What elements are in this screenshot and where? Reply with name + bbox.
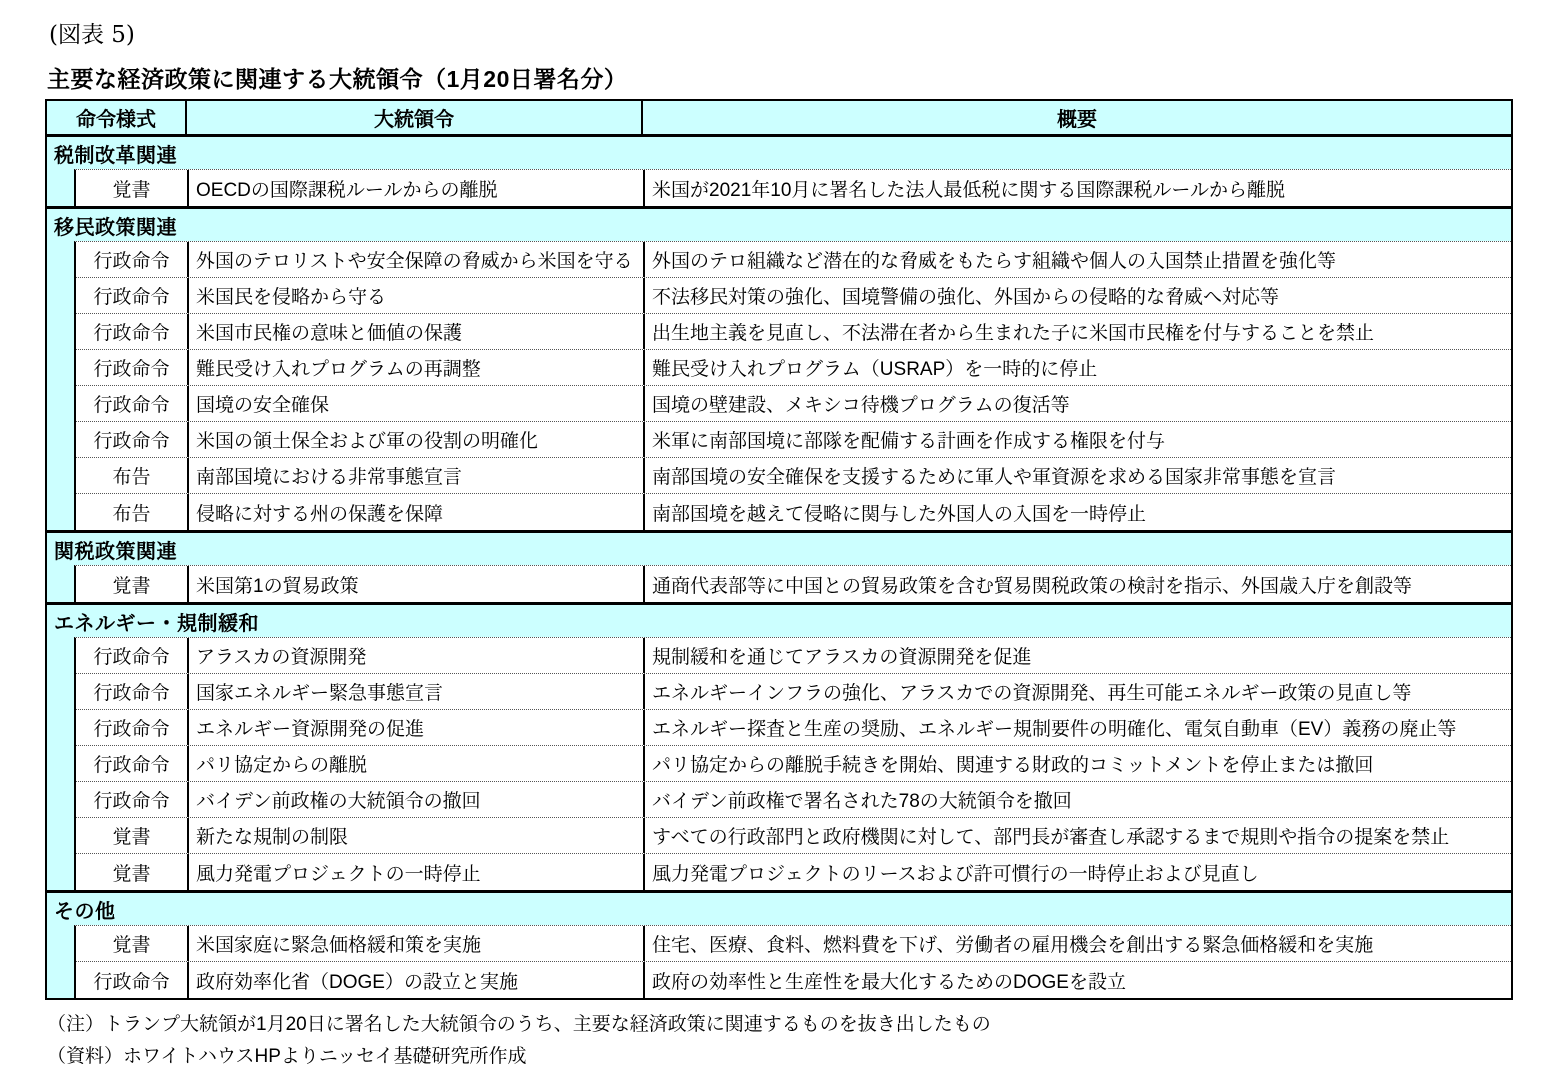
- cell-order-title: バイデン前政権の大統領令の撤回: [189, 782, 645, 817]
- table-section: 移民政策関連行政命令外国のテロリストや安全保障の脅威から米国を守る外国のテロ組織…: [47, 206, 1511, 530]
- cell-order-type: 行政命令: [76, 674, 189, 709]
- page-title: 主要な経済政策に関連する大統領令（1月20日署名分）: [47, 61, 1558, 94]
- footnotes: （注）トランプ大統領が1月20日に署名した大統領令のうち、主要な経済政策に関連す…: [47, 1009, 1558, 1074]
- cell-order-title: 難民受け入れプログラムの再調整: [189, 350, 645, 385]
- figure-label: (図表 5): [49, 16, 1558, 49]
- section-rows: 覚書OECDの国際課税ルールからの離脱米国が2021年10月に署名した法人最低税…: [74, 169, 1511, 206]
- cell-order-type: 行政命令: [76, 242, 189, 277]
- table-row: 行政命令米国の領土保全および軍の役割の明確化米軍に南部国境に部隊を配備する計画を…: [76, 422, 1511, 458]
- executive-orders-table: 命令様式 大統領令 概要 税制改革関連覚書OECDの国際課税ルールからの離脱米国…: [45, 99, 1513, 1000]
- cell-order-title: 米国民を侵略から守る: [189, 278, 645, 313]
- table-row: 行政命令国境の安全確保国境の壁建設、メキシコ待機プログラムの復活等: [76, 386, 1511, 422]
- cell-summary: バイデン前政権で署名された78の大統領令を撤回: [645, 782, 1511, 817]
- section-rows: 覚書米国第1の貿易政策通商代表部等に中国との貿易政策を含む貿易関税政策の検討を指…: [74, 565, 1511, 602]
- cell-order-type: 行政命令: [76, 638, 189, 673]
- cell-order-type: 布告: [76, 494, 189, 530]
- cell-order-title: 米国家庭に緊急価格緩和策を実施: [189, 926, 645, 961]
- column-header-summary: 概要: [643, 101, 1511, 134]
- section-title: エネルギー・規制緩和: [47, 605, 1511, 637]
- cell-order-title: OECDの国際課税ルールからの離脱: [189, 170, 645, 206]
- table-body: 税制改革関連覚書OECDの国際課税ルールからの離脱米国が2021年10月に署名し…: [47, 134, 1511, 998]
- cell-order-title: エネルギー資源開発の促進: [189, 710, 645, 745]
- cell-summary: 住宅、医療、食料、燃料費を下げ、労働者の雇用機会を創出する緊急価格緩和を実施: [645, 926, 1511, 961]
- cell-summary: パリ協定からの離脱手続きを開始、関連する財政的コミットメントを停止または撤回: [645, 746, 1511, 781]
- cell-order-title: 侵略に対する州の保護を保障: [189, 494, 645, 530]
- section-title: 税制改革関連: [47, 137, 1511, 169]
- table-row: 覚書米国第1の貿易政策通商代表部等に中国との貿易政策を含む貿易関税政策の検討を指…: [76, 566, 1511, 602]
- column-header-order-type: 命令様式: [47, 101, 187, 134]
- table-row: 行政命令政府効率化省（DOGE）の設立と実施政府の効率性と生産性を最大化するため…: [76, 962, 1511, 998]
- cell-summary: 米国が2021年10月に署名した法人最低税に関する国際課税ルールから離脱: [645, 170, 1511, 206]
- cell-order-title: 米国第1の貿易政策: [189, 566, 645, 602]
- cell-order-type: 覚書: [76, 818, 189, 853]
- table-row: 布告侵略に対する州の保護を保障南部国境を越えて侵略に関与した外国人の入国を一時停…: [76, 494, 1511, 530]
- cell-order-type: 行政命令: [76, 962, 189, 998]
- cell-order-title: 風力発電プロジェクトの一時停止: [189, 854, 645, 890]
- table-row: 行政命令米国民を侵略から守る不法移民対策の強化、国境警備の強化、外国からの侵略的…: [76, 278, 1511, 314]
- section-rows: 行政命令アラスカの資源開発規制緩和を通じてアラスカの資源開発を促進行政命令国家エ…: [74, 637, 1511, 890]
- cell-summary: 出生地主義を見直し、不法滞在者から生まれた子に米国市民権を付与することを禁止: [645, 314, 1511, 349]
- table-row: 行政命令バイデン前政権の大統領令の撤回バイデン前政権で署名された78の大統領令を…: [76, 782, 1511, 818]
- table-row: 覚書米国家庭に緊急価格緩和策を実施住宅、医療、食料、燃料費を下げ、労働者の雇用機…: [76, 926, 1511, 962]
- table-row: 行政命令国家エネルギー緊急事態宣言エネルギーインフラの強化、アラスカでの資源開発…: [76, 674, 1511, 710]
- cell-summary: 不法移民対策の強化、国境警備の強化、外国からの侵略的な脅威へ対応等: [645, 278, 1511, 313]
- cell-summary: 南部国境の安全確保を支援するために軍人や軍資源を求める国家非常事態を宣言: [645, 458, 1511, 493]
- section-rows: 覚書米国家庭に緊急価格緩和策を実施住宅、医療、食料、燃料費を下げ、労働者の雇用機…: [74, 925, 1511, 998]
- cell-summary: 政府の効率性と生産性を最大化するためのDOGEを設立: [645, 962, 1511, 998]
- table-header-row: 命令様式 大統領令 概要: [47, 101, 1511, 134]
- table-row: 覚書風力発電プロジェクトの一時停止風力発電プロジェクトのリースおよび許可慣行の一…: [76, 854, 1511, 890]
- cell-order-type: 行政命令: [76, 278, 189, 313]
- table-section: 関税政策関連覚書米国第1の貿易政策通商代表部等に中国との貿易政策を含む貿易関税政…: [47, 530, 1511, 602]
- cell-order-type: 行政命令: [76, 746, 189, 781]
- table-row: 行政命令難民受け入れプログラムの再調整難民受け入れプログラム（USRAP）を一時…: [76, 350, 1511, 386]
- cell-summary: 風力発電プロジェクトのリースおよび許可慣行の一時停止および見直し: [645, 854, 1511, 890]
- cell-summary: 通商代表部等に中国との貿易政策を含む貿易関税政策の検討を指示、外国歳入庁を創設等: [645, 566, 1511, 602]
- table-row: 行政命令アラスカの資源開発規制緩和を通じてアラスカの資源開発を促進: [76, 638, 1511, 674]
- cell-order-title: 新たな規制の制限: [189, 818, 645, 853]
- cell-order-type: 行政命令: [76, 314, 189, 349]
- cell-order-title: 南部国境における非常事態宣言: [189, 458, 645, 493]
- cell-order-title: 米国市民権の意味と価値の保護: [189, 314, 645, 349]
- cell-summary: 難民受け入れプログラム（USRAP）を一時的に停止: [645, 350, 1511, 385]
- section-title: 関税政策関連: [47, 533, 1511, 565]
- table-row: 行政命令米国市民権の意味と価値の保護出生地主義を見直し、不法滞在者から生まれた子…: [76, 314, 1511, 350]
- section-title: 移民政策関連: [47, 209, 1511, 241]
- table-section: その他覚書米国家庭に緊急価格緩和策を実施住宅、医療、食料、燃料費を下げ、労働者の…: [47, 890, 1511, 998]
- source-line: （資料）ホワイトハウスHPよりニッセイ基礎研究所作成: [47, 1041, 1558, 1073]
- cell-order-type: 行政命令: [76, 422, 189, 457]
- cell-order-type: 行政命令: [76, 710, 189, 745]
- section-title: その他: [47, 893, 1511, 925]
- note-line: （注）トランプ大統領が1月20日に署名した大統領令のうち、主要な経済政策に関連す…: [47, 1009, 1558, 1041]
- cell-order-title: パリ協定からの離脱: [189, 746, 645, 781]
- cell-order-type: 覚書: [76, 926, 189, 961]
- cell-order-title: 米国の領土保全および軍の役割の明確化: [189, 422, 645, 457]
- table-section: 税制改革関連覚書OECDの国際課税ルールからの離脱米国が2021年10月に署名し…: [47, 134, 1511, 206]
- section-rows: 行政命令外国のテロリストや安全保障の脅威から米国を守る外国のテロ組織など潜在的な…: [74, 241, 1511, 530]
- cell-summary: 米軍に南部国境に部隊を配備する計画を作成する権限を付与: [645, 422, 1511, 457]
- cell-summary: エネルギー探査と生産の奨励、エネルギー規制要件の明確化、電気自動車（EV）義務の…: [645, 710, 1511, 745]
- cell-order-title: アラスカの資源開発: [189, 638, 645, 673]
- cell-order-type: 行政命令: [76, 386, 189, 421]
- cell-order-type: 行政命令: [76, 782, 189, 817]
- table-section: エネルギー・規制緩和行政命令アラスカの資源開発規制緩和を通じてアラスカの資源開発…: [47, 602, 1511, 890]
- page: (図表 5) 主要な経済政策に関連する大統領令（1月20日署名分） 命令様式 大…: [0, 0, 1558, 1074]
- cell-order-type: 覚書: [76, 170, 189, 206]
- cell-order-title: 政府効率化省（DOGE）の設立と実施: [189, 962, 645, 998]
- cell-order-title: 国家エネルギー緊急事態宣言: [189, 674, 645, 709]
- cell-summary: 国境の壁建設、メキシコ待機プログラムの復活等: [645, 386, 1511, 421]
- cell-summary: すべての行政部門と政府機関に対して、部門長が審査し承認するまで規則や指令の提案を…: [645, 818, 1511, 853]
- cell-order-type: 行政命令: [76, 350, 189, 385]
- table-row: 行政命令外国のテロリストや安全保障の脅威から米国を守る外国のテロ組織など潜在的な…: [76, 242, 1511, 278]
- cell-summary: 規制緩和を通じてアラスカの資源開発を促進: [645, 638, 1511, 673]
- table-row: 覚書新たな規制の制限すべての行政部門と政府機関に対して、部門長が審査し承認するま…: [76, 818, 1511, 854]
- cell-summary: 南部国境を越えて侵略に関与した外国人の入国を一時停止: [645, 494, 1511, 530]
- table-row: 布告南部国境における非常事態宣言南部国境の安全確保を支援するために軍人や軍資源を…: [76, 458, 1511, 494]
- cell-order-type: 布告: [76, 458, 189, 493]
- cell-order-title: 国境の安全確保: [189, 386, 645, 421]
- column-header-order-title: 大統領令: [187, 101, 643, 134]
- table-row: 行政命令パリ協定からの離脱パリ協定からの離脱手続きを開始、関連する財政的コミット…: [76, 746, 1511, 782]
- cell-order-title: 外国のテロリストや安全保障の脅威から米国を守る: [189, 242, 645, 277]
- cell-order-type: 覚書: [76, 854, 189, 890]
- cell-summary: 外国のテロ組織など潜在的な脅威をもたらす組織や個人の入国禁止措置を強化等: [645, 242, 1511, 277]
- table-row: 行政命令エネルギー資源開発の促進エネルギー探査と生産の奨励、エネルギー規制要件の…: [76, 710, 1511, 746]
- table-row: 覚書OECDの国際課税ルールからの離脱米国が2021年10月に署名した法人最低税…: [76, 170, 1511, 206]
- cell-summary: エネルギーインフラの強化、アラスカでの資源開発、再生可能エネルギー政策の見直し等: [645, 674, 1511, 709]
- cell-order-type: 覚書: [76, 566, 189, 602]
